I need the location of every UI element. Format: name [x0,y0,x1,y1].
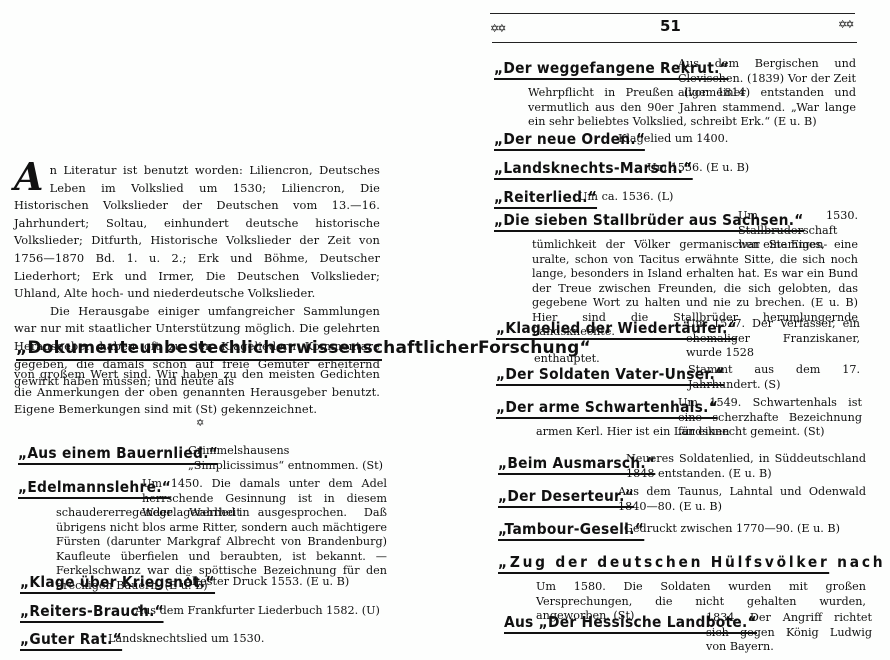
page-number: 51 [660,17,681,35]
intro-paragraph-3: von großem Wert sind. Wir haben zu den m… [14,366,380,419]
entry-klage-ueber-kriegsnot: „Klage über Kriegsnot.“ Ältester Druck 1… [20,572,232,594]
entry-hessische-landbote: Aus „Der Hessische Landbote.“ 1834. Der … [504,612,779,634]
entry-reiters-brauch: „Reiters-Brauch.“ Aus dem Frankfurter Li… [20,601,176,623]
star-separator-icon: ✡ [196,419,204,429]
entry-der-deserteur: „Der Deserteur.“ Aus dem Taunus, Lahntal… [498,486,646,508]
entry-note: Aus dem Taunus, Lahntal und Odenwald 184… [618,485,866,514]
entry-title: „Guter Rat.“ [20,630,122,651]
quote-word: wissenschaftlicher [296,337,478,359]
intro-paragraph-1: n Literatur ist benutzt worden: Liliencr… [14,163,380,300]
header-rule-bottom [492,42,857,43]
entry-sieben-stallbrueder: „Die sieben Stallbrüder aus Sachsen.“ Um… [494,210,831,232]
entry-title: „Zug der deutschen Hülfsvölker nach Port… [498,553,829,574]
entry-aus-einem-bauernlied: „Aus einem Bauernlied.“ Grimmelshausens … [18,443,235,465]
entry-der-neue-orden: „Der neue Orden.“ Klagelied um 1400. [494,129,658,151]
intro-paragraph-3-wrap: von großem Wert sind. Wir haben zu den m… [14,366,380,419]
entry-note-continued: armen Kerl. Hier ist ein Landsknecht gem… [536,425,862,440]
entry-note: Landsknechtslied um 1530. [108,632,308,647]
star-ornament-left-icon: ✡✡ [490,22,504,35]
entry-edelmannslehre: „Edelmannslehre.“ Um 1450. Die damals un… [18,477,184,499]
entry-note: Aus dem Frankfurter Liederbuch 1582. (U) [135,604,385,619]
drop-cap: A [14,160,44,194]
entry-weggefangene-rekrut: „Der weggefangene Rekrut.“ Aus dem Bergi… [494,58,749,80]
entry-note: Stammt aus dem 17. Jahrhundert. (S) [688,363,860,392]
quote-word: unbestechlicher [139,337,296,359]
entry-note: Um 1556. (E u. B) [647,161,847,176]
entry-arme-schwartenhals: „Der arme Schwartenhals.“ Um 1549. Schwa… [496,397,737,419]
entry-note: Um ca. 1536. (L) [578,190,778,205]
entry-guter-rat: „Guter Rat.“ Landsknechtslied um 1530. [20,629,131,651]
entry-zug-huelfsvoelker: „Zug der deutschen Hülfsvölker nach Port… [498,552,858,574]
entry-beim-ausmarsch: „Beim Ausmarsch.“ Neueres Soldatenlied, … [498,453,669,475]
left-page: An Literatur ist benutzt worden: Lilienc… [0,0,470,660]
right-page: ✡✡ 51 ✡✡ „Der weggefangene Rekrut.“ Aus … [470,0,890,660]
entry-note: Klagelied um 1400. [618,132,818,147]
star-ornament-right-icon: ✡✡ [838,18,852,31]
entry-note: Um 1527. Der Verfasser, ein ehemaliger F… [686,317,860,361]
entry-reiterlied: „Reiterlied.“ Um ca. 1536. (L) [494,187,606,209]
entry-note: Ältester Druck 1553. (E u. B) [184,575,394,590]
entry-note: Grimmelshausens „Simplicissimus“ entnomm… [188,444,386,473]
header-rule-top [490,13,855,14]
entry-note: Neueres Soldatenlied, in Süddeutschland … [626,452,866,481]
entry-landsknechts-marsch: „Landsknechts-Marsch.“ Um 1556. (E u. B) [494,158,710,180]
entry-note-continued: Wehrpflicht in Preußen (vor 1814) entsta… [528,86,856,130]
entry-tambour-gesell: „Tambour-Gesell.“ Gedruckt zwischen 1770… [498,519,657,541]
entry-title: „Tambour-Gesell.“ [498,520,644,541]
entry-note: 1834. Der Angriff richtet sich gegen Kön… [706,611,872,655]
entry-soldaten-vater-unser: „Der Soldaten Vater-Unser.“ Stammt aus d… [496,364,744,386]
entry-klagelied-wiedertaeufer: „Klagelied der Wiedertäufer.“ Um 1527. D… [496,318,758,340]
entry-title: „Der Deserteur.“ [498,487,634,508]
entry-note: Gedruckt zwischen 1770—90. (E u. B) [624,522,864,537]
quote-word: „Dokumente [16,337,139,359]
emphasized-quote: „Dokumente unbestechlicher wissenschaftl… [16,337,382,361]
